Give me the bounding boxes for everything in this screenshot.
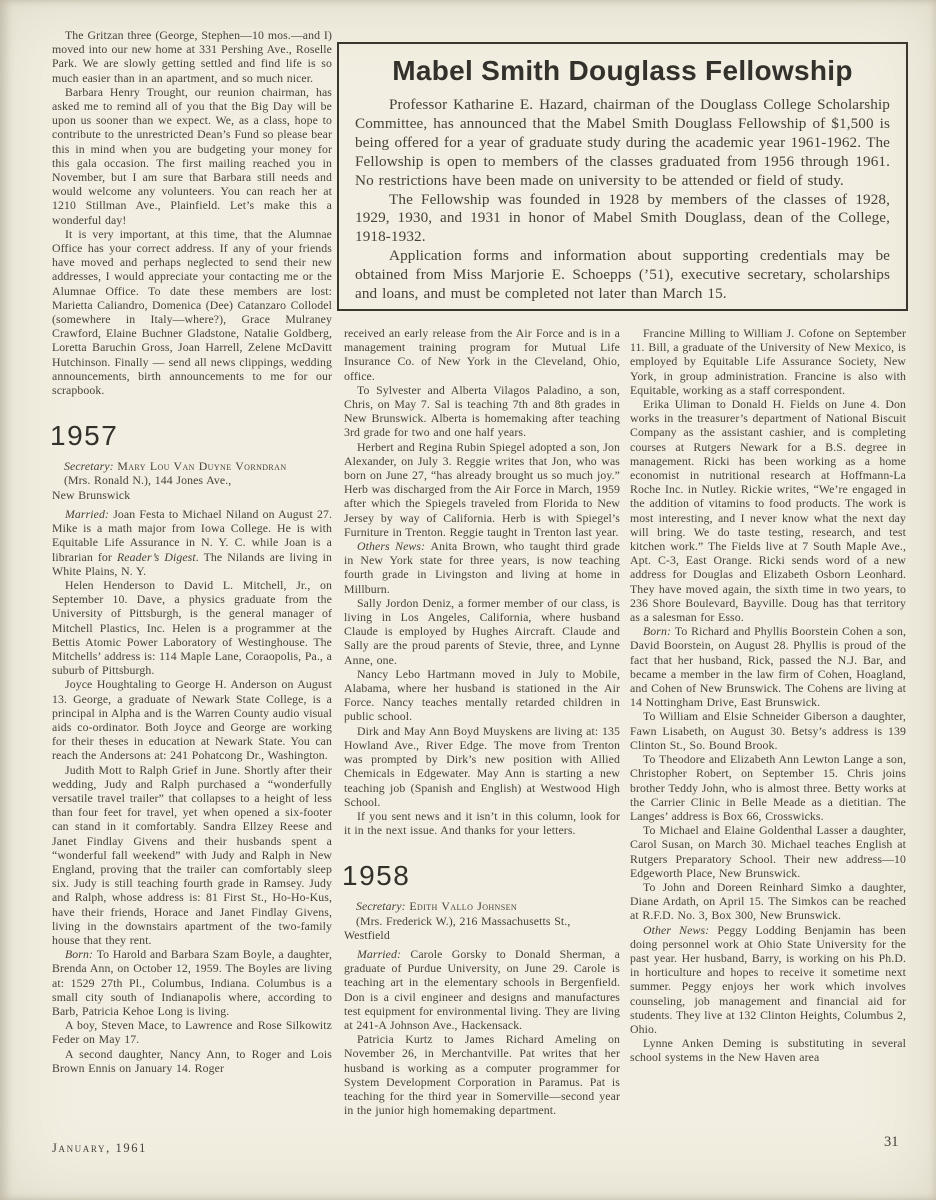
year-heading-1957: 1957 bbox=[50, 421, 332, 451]
paragraph: Francine Milling to William J. Cofone on… bbox=[630, 326, 906, 397]
fellowship-title: Mabel Smith Douglass Fellowship bbox=[355, 54, 890, 88]
paragraph: The Gritzan three (George, Stephen—10 mo… bbox=[52, 28, 332, 85]
page-number: 31 bbox=[884, 1134, 899, 1151]
paragraph: To Theodore and Elizabeth Ann Lewton Lan… bbox=[630, 752, 906, 823]
paragraph: received an early release from the Air F… bbox=[344, 326, 620, 383]
right-column: Francine Milling to William J. Cofone on… bbox=[630, 326, 906, 1065]
middle-column: received an early release from the Air F… bbox=[344, 326, 620, 1117]
paragraph: A boy, Steven Mace, to Lawrence and Rose… bbox=[52, 1018, 332, 1046]
paragraph-text: Peggy Lodding Benjamin has been doing pe… bbox=[630, 923, 906, 1036]
secretary-block-1957: Secretary: Mary Lou Van Duyne Vorndran (… bbox=[52, 459, 332, 502]
paragraph: To Sylvester and Alberta Vilagos Paladin… bbox=[344, 383, 620, 440]
secretary-address: (Mrs. Ronald N.), 144 Jones Ave., bbox=[52, 473, 332, 487]
paragraph: Nancy Lebo Hartmann moved in July to Mob… bbox=[344, 667, 620, 724]
paragraph: Sally Jordon Deniz, a former member of o… bbox=[344, 596, 620, 667]
fellowship-announcement-box: Mabel Smith Douglass Fellowship Professo… bbox=[337, 42, 908, 311]
paragraph: Barbara Henry Trought, our reunion chair… bbox=[52, 85, 332, 227]
paragraph-lead: Married: bbox=[357, 947, 410, 961]
secretary-city: Westfield bbox=[344, 928, 620, 942]
paragraph-lead: Born: bbox=[643, 624, 675, 638]
paragraph: If you sent news and it isn’t in this co… bbox=[344, 809, 620, 837]
secretary-name: Edith Vallo Johnsen bbox=[409, 899, 517, 913]
paragraph: Helen Henderson to David L. Mitchell, Jr… bbox=[52, 578, 332, 677]
paragraph-lead: Other News: bbox=[643, 923, 717, 937]
paragraph: Lynne Anken Deming is substituting in se… bbox=[630, 1036, 906, 1064]
secretary-label: Secretary: bbox=[64, 459, 114, 473]
paragraph: To John and Doreen Reinhard Simko a daug… bbox=[630, 880, 906, 923]
paragraph: Born: To Harold and Barbara Szam Boyle, … bbox=[52, 947, 332, 1018]
fellowship-paragraph: Professor Katharine E. Hazard, chairman … bbox=[355, 96, 890, 191]
paragraph-lead: Born: bbox=[65, 947, 97, 961]
paragraph: It is very important, at this time, that… bbox=[52, 227, 332, 397]
secretary-block-1958: Secretary: Edith Vallo Johnsen (Mrs. Fre… bbox=[344, 899, 620, 942]
secretary-label: Secretary: bbox=[356, 899, 406, 913]
paragraph: Others News: Anita Brown, who taught thi… bbox=[344, 539, 620, 596]
paragraph: Married: Carole Gorsky to Donald Sherman… bbox=[344, 947, 620, 1032]
magazine-page: Mabel Smith Douglass Fellowship Professo… bbox=[0, 0, 936, 1200]
year-heading-1958: 1958 bbox=[342, 861, 620, 891]
left-column: The Gritzan three (George, Stephen—10 mo… bbox=[52, 28, 332, 1075]
paragraph-lead: Others News: bbox=[357, 539, 430, 553]
paragraph: A second daughter, Nancy Ann, to Roger a… bbox=[52, 1047, 332, 1075]
paragraph: Married: Joan Festa to Michael Niland on… bbox=[52, 507, 332, 578]
secretary-name: Mary Lou Van Duyne Vorndran bbox=[117, 459, 286, 473]
paragraph: Dirk and May Ann Boyd Muyskens are livin… bbox=[344, 724, 620, 809]
paragraph: To William and Elsie Schneider Giberson … bbox=[630, 709, 906, 752]
paragraph: Born: To Richard and Phyllis Boorstein C… bbox=[630, 624, 906, 709]
paragraph: Joyce Houghtaling to George H. Anderson … bbox=[52, 677, 332, 762]
paragraph-lead: Married: bbox=[65, 507, 113, 521]
paragraph: Patricia Kurtz to James Richard Ameling … bbox=[344, 1032, 620, 1117]
footer-issue-date: January, 1961 bbox=[52, 1141, 147, 1156]
paragraph: Herbert and Regina Rubin Spiegel adopted… bbox=[344, 440, 620, 539]
paragraph: Judith Mott to Ralph Grief in June. Shor… bbox=[52, 763, 332, 948]
paragraph: To Michael and Elaine Goldenthal Lasser … bbox=[630, 823, 906, 880]
fellowship-paragraph: The Fellowship was founded in 1928 by me… bbox=[355, 191, 890, 248]
fellowship-paragraph: Application forms and information about … bbox=[355, 247, 890, 304]
paragraph-emphasis: Reader’s Digest bbox=[117, 550, 196, 564]
secretary-address: (Mrs. Frederick W.), 216 Massachusetts S… bbox=[344, 914, 620, 928]
paragraph: Other News: Peggy Lodding Benjamin has b… bbox=[630, 923, 906, 1037]
paragraph: Erika Uliman to Donald H. Fields on June… bbox=[630, 397, 906, 624]
secretary-city: New Brunswick bbox=[52, 488, 332, 502]
